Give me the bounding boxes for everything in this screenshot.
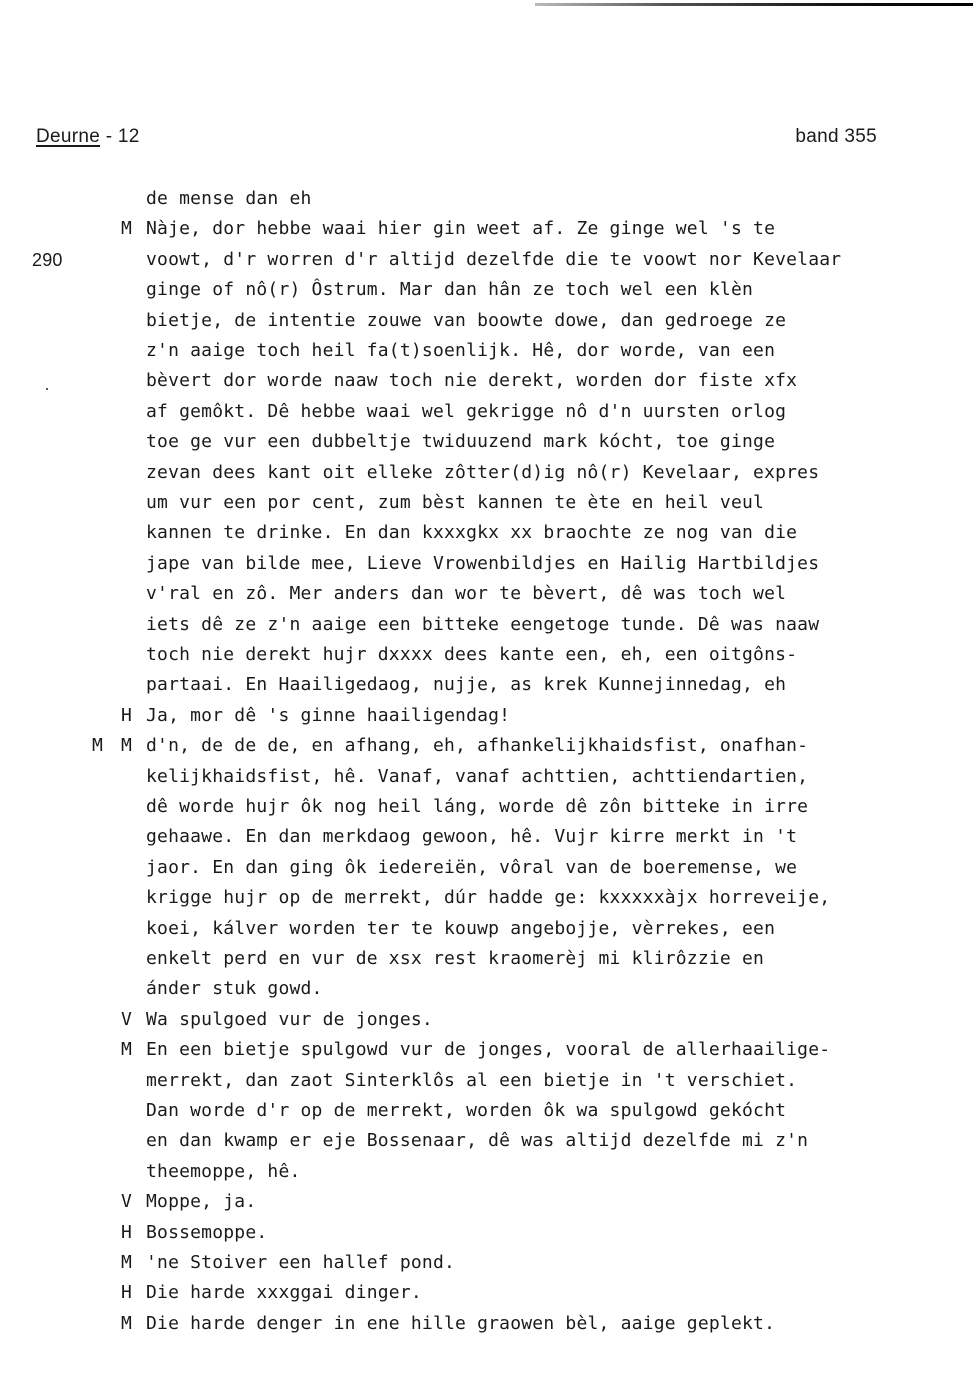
line-text: Nàje, dor hebbe waai hier gin weet af. Z…	[146, 214, 775, 244]
line-text: theemoppe, hê.	[146, 1157, 301, 1187]
line-text: partaai. En Haailigedaog, nujje, as krek…	[146, 670, 786, 700]
transcript-line: bèvert dor worde naaw toch nie derekt, w…	[0, 366, 973, 396]
transcript-line: af gemôkt. Dê hebbe waai wel gekrigge nô…	[0, 397, 973, 427]
line-text: Wa spulgoed vur de jonges.	[146, 1005, 433, 1035]
transcript-line: partaai. En Haailigedaog, nujje, as krek…	[0, 670, 973, 700]
transcript-line: merrekt, dan zaot Sinterklôs al een biet…	[0, 1066, 973, 1096]
speaker-label-secondary: M	[92, 731, 103, 761]
line-text: Die harde xxxggai dinger.	[146, 1278, 422, 1308]
transcript-line: ánder stuk gowd.	[0, 974, 973, 1004]
speaker-label: M	[121, 1035, 132, 1065]
line-text: z'n aaige toch heil fa(t)soenlijk. Hê, d…	[146, 336, 775, 366]
transcript-line: bietje, de intentie zouwe van boowte dow…	[0, 306, 973, 336]
transcript-line: Dan worde d'r op de merrekt, worden ôk w…	[0, 1096, 973, 1126]
band-label: band 355	[795, 126, 877, 148]
transcript-line: VMoppe, ja.	[0, 1187, 973, 1217]
transcript-line: kelijkhaidsfist, hê. Vanaf, vanaf achtti…	[0, 762, 973, 792]
transcript-line: toch nie derekt hujr dxxxx dees kante ee…	[0, 640, 973, 670]
scan-edge-line	[535, 3, 973, 6]
transcript-line: v'ral en zô. Mer anders dan wor te bèver…	[0, 579, 973, 609]
line-text: Moppe, ja.	[146, 1187, 256, 1217]
line-text: de mense dan eh	[146, 184, 312, 214]
line-text: d'n, de de de, en afhang, eh, afhankelij…	[146, 731, 808, 761]
line-text: jaor. En dan ging ôk iedereiën, vôral va…	[146, 853, 797, 883]
transcript-line: M'ne Stoiver een hallef pond.	[0, 1248, 973, 1278]
line-text: toch nie derekt hujr dxxxx dees kante ee…	[146, 640, 797, 670]
line-text: jape van bilde mee, Lieve Vrowenbildjes …	[146, 549, 819, 579]
speaker-label: V	[121, 1005, 132, 1035]
transcript-line: jaor. En dan ging ôk iedereiën, vôral va…	[0, 853, 973, 883]
transcript-line: kannen te drinke. En dan kxxxgkx xx brao…	[0, 518, 973, 548]
line-text: Dan worde d'r op de merrekt, worden ôk w…	[146, 1096, 786, 1126]
line-text: toe ge vur een dubbeltje twiduuzend mark…	[146, 427, 775, 457]
line-text: Bossemoppe.	[146, 1218, 267, 1248]
transcript-line: ginge of nô(r) Ôstrum. Mar dan hân ze to…	[0, 275, 973, 305]
transcript-line: jape van bilde mee, Lieve Vrowenbildjes …	[0, 549, 973, 579]
line-text: en dan kwamp er eje Bossenaar, dê was al…	[146, 1126, 808, 1156]
transcript-line: de mense dan eh	[0, 184, 973, 214]
transcript-line: MMd'n, de de de, en afhang, eh, afhankel…	[0, 731, 973, 761]
line-text: Die harde denger in ene hille graowen bè…	[146, 1309, 775, 1339]
line-text: um vur een por cent, zum bèst kannen te …	[146, 488, 764, 518]
transcript-line: koei, kálver worden ter te kouwp angeboj…	[0, 914, 973, 944]
line-text: bèvert dor worde naaw toch nie derekt, w…	[146, 366, 797, 396]
transcript-line: MNàje, dor hebbe waai hier gin weet af. …	[0, 214, 973, 244]
speaker-label: H	[121, 1278, 132, 1308]
transcript-line: gehaawe. En dan merkdaog gewoon, hê. Vuj…	[0, 822, 973, 852]
line-number: 290	[32, 245, 63, 275]
transcript-line: HDie harde xxxggai dinger.	[0, 1278, 973, 1308]
line-text: zevan dees kant oit elleke zôtter(d)ig n…	[146, 458, 819, 488]
speaker-label: V	[121, 1187, 132, 1217]
line-text: merrekt, dan zaot Sinterklôs al een biet…	[146, 1066, 797, 1096]
speaker-label: M	[121, 731, 132, 761]
page-number: 12	[118, 126, 140, 147]
line-text: af gemôkt. Dê hebbe waai wel gekrigge nô…	[146, 397, 786, 427]
line-text: enkelt perd en vur de xsx rest kraomerèj…	[146, 944, 764, 974]
line-text: ánder stuk gowd.	[146, 974, 323, 1004]
header-separator: -	[100, 126, 118, 147]
scan-speck	[46, 388, 48, 390]
transcript-line: z'n aaige toch heil fa(t)soenlijk. Hê, d…	[0, 336, 973, 366]
speaker-label: M	[121, 214, 132, 244]
line-text: En een bietje spulgowd vur de jonges, vo…	[146, 1035, 830, 1065]
line-text: Ja, mor dê 's ginne haailigendag!	[146, 701, 510, 731]
transcript-line: enkelt perd en vur de xsx rest kraomerèj…	[0, 944, 973, 974]
transcript-line: iets dê ze z'n aaige een bitteke eengeto…	[0, 610, 973, 640]
speaker-label: M	[121, 1309, 132, 1339]
line-text: kelijkhaidsfist, hê. Vanaf, vanaf achtti…	[146, 762, 808, 792]
transcript-line: en dan kwamp er eje Bossenaar, dê was al…	[0, 1126, 973, 1156]
transcript-line: um vur een por cent, zum bèst kannen te …	[0, 488, 973, 518]
transcript-line: 290voowt, d'r worren d'r altijd dezelfde…	[0, 245, 973, 275]
line-text: koei, kálver worden ter te kouwp angeboj…	[146, 914, 775, 944]
line-text: gehaawe. En dan merkdaog gewoon, hê. Vuj…	[146, 822, 797, 852]
transcript-line: toe ge vur een dubbeltje twiduuzend mark…	[0, 427, 973, 457]
transcript-line: HBossemoppe.	[0, 1218, 973, 1248]
page-header: Deurne - 12 band 355	[36, 126, 877, 148]
line-text: krigge hujr op de merrekt, dúr hadde ge:…	[146, 883, 830, 913]
transcript-line: HJa, mor dê 's ginne haailigendag!	[0, 701, 973, 731]
transcript-line: MDie harde denger in ene hille graowen b…	[0, 1309, 973, 1339]
line-text: dê worde hujr ôk nog heil láng, worde dê…	[146, 792, 808, 822]
transcript-line: dê worde hujr ôk nog heil láng, worde dê…	[0, 792, 973, 822]
line-text: iets dê ze z'n aaige een bitteke eengeto…	[146, 610, 819, 640]
place-name: Deurne	[36, 126, 100, 147]
speaker-label: H	[121, 701, 132, 731]
speaker-label: H	[121, 1218, 132, 1248]
transcript-line: MEn een bietje spulgowd vur de jonges, v…	[0, 1035, 973, 1065]
transcript-line: VWa spulgoed vur de jonges.	[0, 1005, 973, 1035]
line-text: 'ne Stoiver een hallef pond.	[146, 1248, 455, 1278]
line-text: ginge of nô(r) Ôstrum. Mar dan hân ze to…	[146, 275, 753, 305]
speaker-label: M	[121, 1248, 132, 1278]
line-text: v'ral en zô. Mer anders dan wor te bèver…	[146, 579, 786, 609]
line-text: kannen te drinke. En dan kxxxgkx xx brao…	[146, 518, 797, 548]
transcript-line: zevan dees kant oit elleke zôtter(d)ig n…	[0, 458, 973, 488]
transcript-line: krigge hujr op de merrekt, dúr hadde ge:…	[0, 883, 973, 913]
line-text: voowt, d'r worren d'r altijd dezelfde di…	[146, 245, 841, 275]
transcript-line: theemoppe, hê.	[0, 1157, 973, 1187]
line-text: bietje, de intentie zouwe van boowte dow…	[146, 306, 786, 336]
